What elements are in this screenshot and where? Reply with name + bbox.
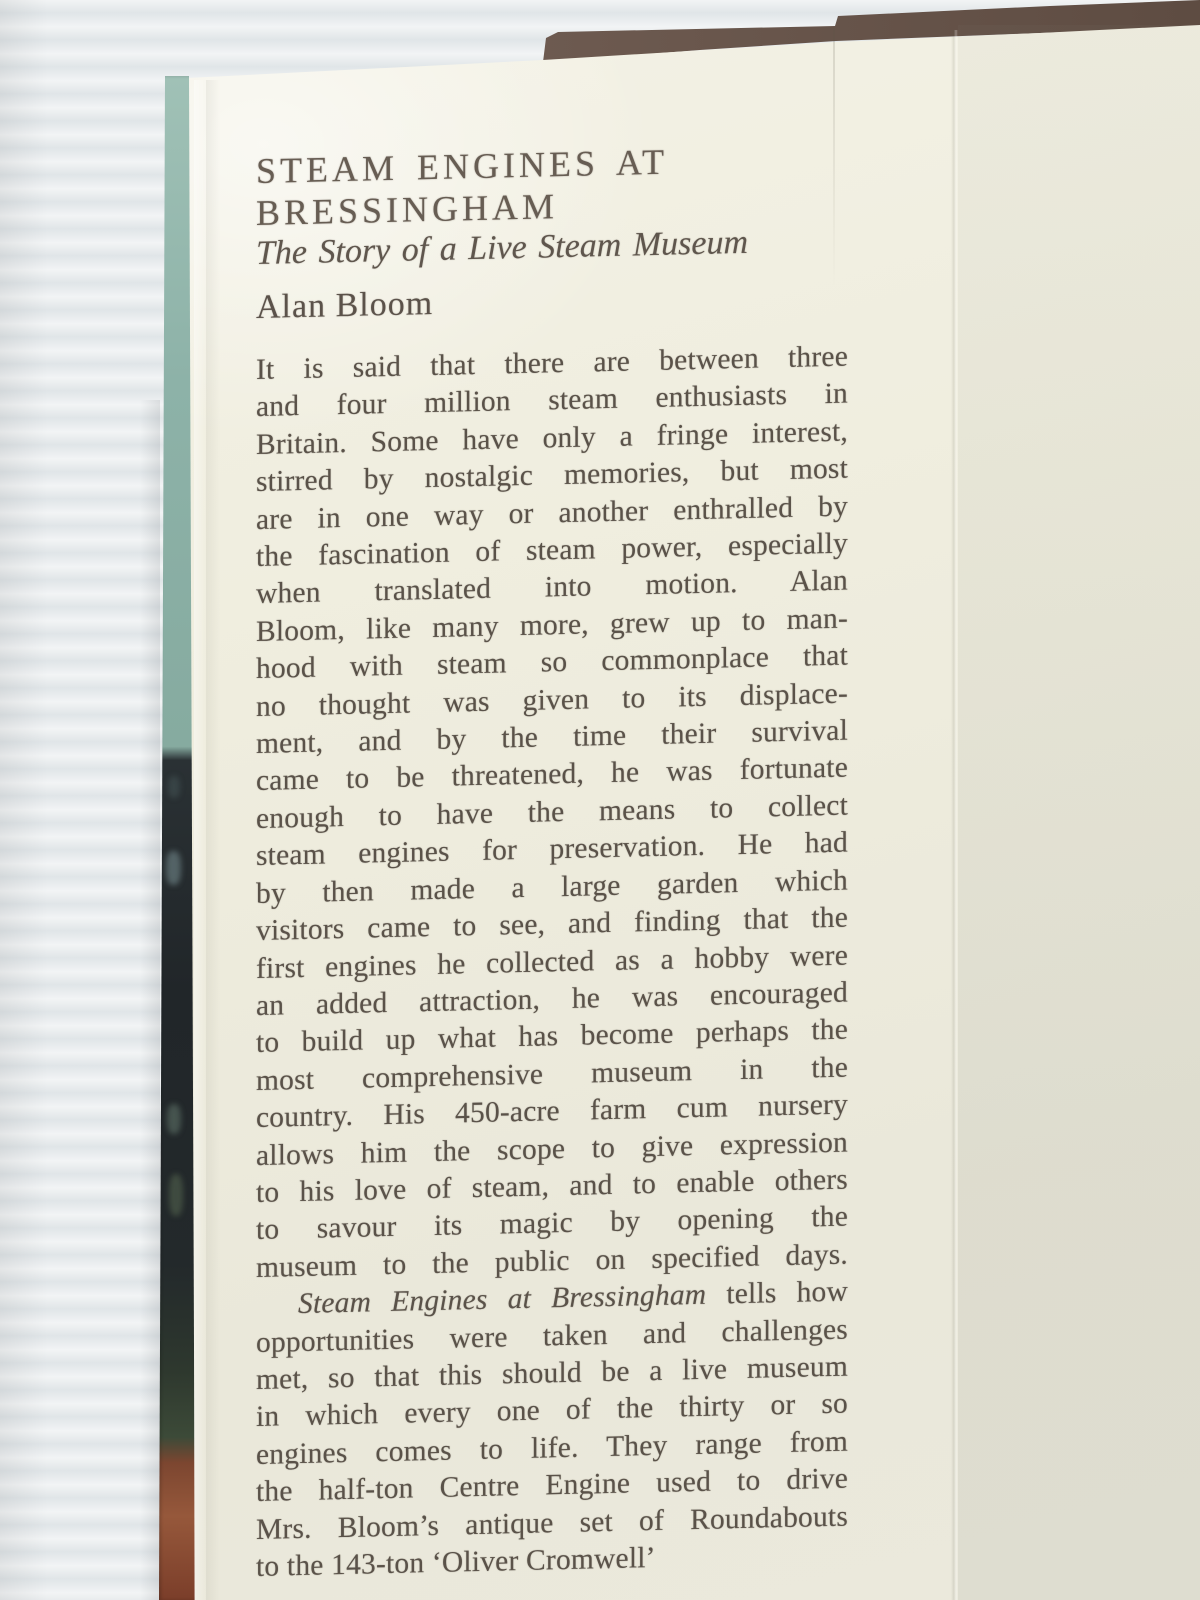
flap-text-block: STEAM ENGINES AT BRESSINGHAM The Story o… (256, 137, 848, 1587)
book-title: STEAM ENGINES AT BRESSINGHAM (256, 137, 848, 234)
cover-art-highlight (167, 1104, 181, 1134)
flap-left-edge-shade (206, 80, 220, 1600)
flap-paragraph-2-lines: opportunities were taken and challengesm… (256, 1311, 848, 1586)
inline-book-title: Steam Engines at Bressingham (298, 1279, 706, 1320)
cover-art-highlight (168, 776, 180, 798)
flap-paragraph-1: It is said that there are between threea… (256, 339, 848, 1288)
jacket-fold-line (951, 30, 958, 1600)
text-run: tells how (706, 1276, 848, 1311)
book-contact-shadow (140, 400, 160, 1600)
cover-art-highlight (166, 851, 181, 885)
jacket-right-shading (958, 25, 1200, 1600)
cover-art-highlight (169, 1174, 183, 1216)
flap-paragraph-2: Steam Engines at Bressingham tells how o… (256, 1274, 848, 1587)
flap-left-edge-highlight (194, 80, 206, 1600)
photo-of-book-flap: { "colors": { "background": "#eceff1", "… (0, 0, 1200, 1600)
book-author: Alan Bloom (256, 275, 848, 328)
flap-body-copy: It is said that there are between threea… (256, 339, 848, 1587)
